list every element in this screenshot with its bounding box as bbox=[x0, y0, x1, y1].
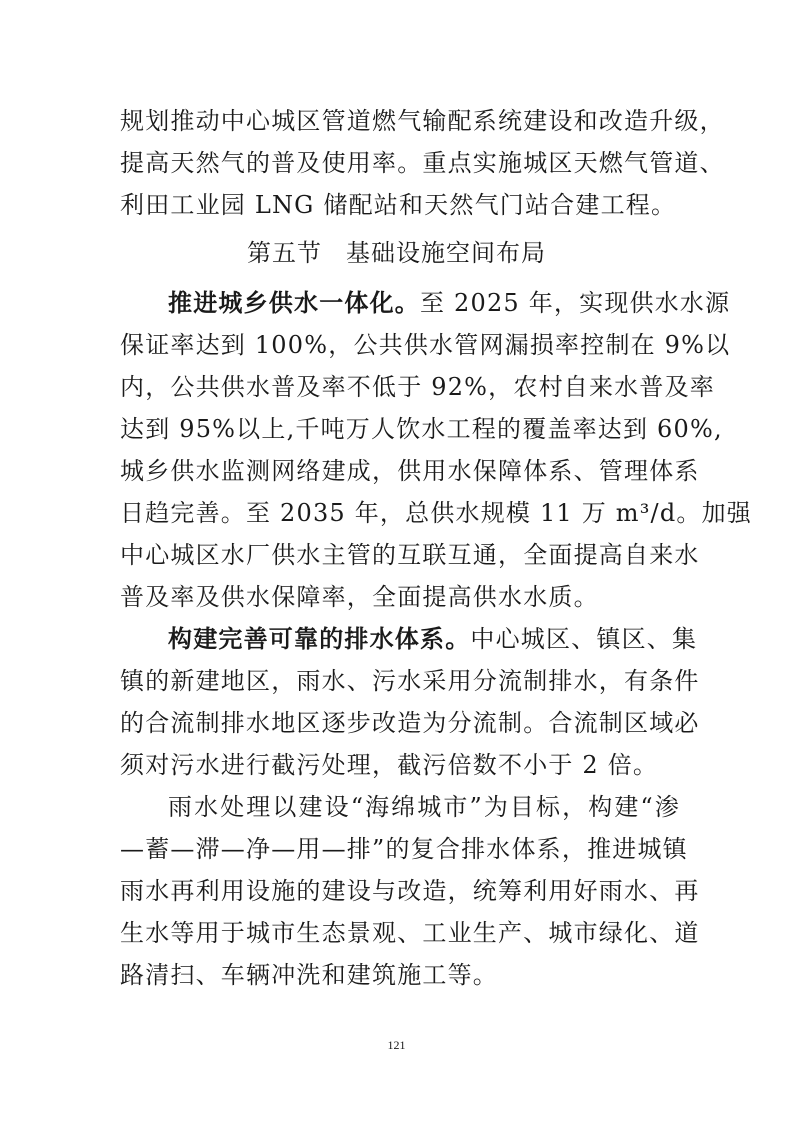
paragraph-lead: 构建完善可靠的排水体系。 bbox=[168, 625, 470, 653]
body-text-line: 城乡供水监测网络建成，供用水保障体系、管理体系 bbox=[120, 456, 680, 486]
body-text-line: 雨水再利用设施的建设与改造，统筹利用好雨水、再 bbox=[120, 876, 680, 906]
body-text-line: 路清扫、车辆冲洗和建筑施工等。 bbox=[120, 960, 680, 990]
body-text: 至 2025 年，实现供水水源 bbox=[420, 289, 730, 317]
section-label: 第五节 bbox=[247, 239, 322, 267]
body-text-line: 日趋完善。至 2035 年，总供水规模 11 万 m³/d。加强 bbox=[120, 498, 680, 528]
body-text-line: 利田工业园 LNG 储配站和天然气门站合建工程。 bbox=[120, 190, 680, 220]
body-text-line: 普及率及供水保障率，全面提高供水水质。 bbox=[120, 582, 680, 612]
body-text-line: 镇的新建地区，雨水、污水采用分流制排水，有条件 bbox=[120, 666, 680, 696]
body-text-line: 中心城区水厂供水主管的互联互通，全面提高自来水 bbox=[120, 540, 680, 570]
paragraph-first-line: 构建完善可靠的排水体系。中心城区、镇区、集 bbox=[168, 624, 680, 654]
body-text: 中心城区、镇区、集 bbox=[470, 625, 697, 653]
body-text-line: —蓄—滞—净—用—排”的复合排水体系，推进城镇 bbox=[120, 834, 680, 864]
body-text-line: 提高天然气的普及使用率。重点实施城区天燃气管道、 bbox=[120, 148, 680, 178]
page-number: 121 bbox=[0, 1038, 793, 1053]
body-text-line: 保证率达到 100%，公共供水管网漏损率控制在 9%以 bbox=[120, 330, 680, 360]
section-title: 基础设施空间布局 bbox=[346, 239, 546, 267]
body-text-line: 的合流制排水地区逐步改造为分流制。合流制区域必 bbox=[120, 708, 680, 738]
body-text-line: 须对污水进行截污处理，截污倍数不小于 2 倍。 bbox=[120, 750, 680, 780]
paragraph-first-line: 推进城乡供水一体化。至 2025 年，实现供水水源 bbox=[168, 288, 680, 318]
body-text-line: 达到 95%以上,千吨万人饮水工程的覆盖率达到 60%, bbox=[120, 414, 680, 444]
body-text-line: 规划推动中心城区管道燃气输配系统建设和改造升级， bbox=[120, 106, 680, 136]
body-text-line: 生水等用于城市生态景观、工业生产、城市绿化、道 bbox=[120, 918, 680, 948]
body-text-line: 内，公共供水普及率不低于 92%，农村自来水普及率 bbox=[120, 372, 680, 402]
paragraph-lead: 推进城乡供水一体化。 bbox=[168, 289, 420, 317]
section-heading: 第五节基础设施空间布局 bbox=[0, 238, 793, 268]
paragraph-first-line: 雨水处理以建设“海绵城市”为目标，构建“渗 bbox=[168, 792, 680, 822]
